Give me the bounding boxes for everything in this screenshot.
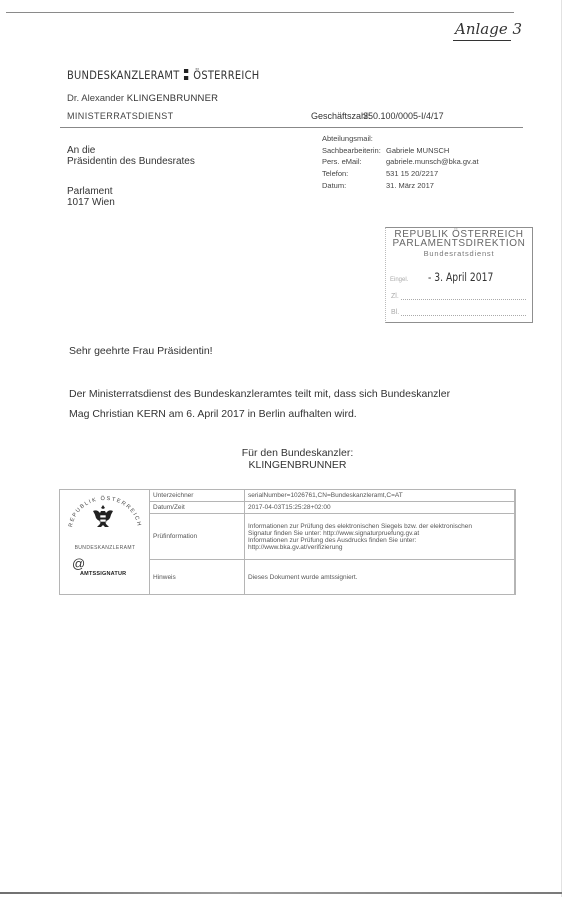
org-name-right: ÖSTERREICH — [193, 68, 259, 82]
stamp-line: PARLAMENTSDIREKTION — [386, 239, 532, 249]
reference-label: Geschäftszahl: — [311, 111, 371, 121]
eagle-coat-of-arms-icon — [91, 503, 115, 531]
meta-label: Datum: — [322, 180, 386, 192]
meta-row-clerk: Sachbearbeiterin:Gabriele MUNSCH — [322, 145, 479, 157]
scan-bottom-edge — [0, 892, 562, 894]
amtssignatur-logo: REPUBLIK ÖSTERREICH BUNDESKANZLERAMT @ A… — [60, 490, 150, 594]
meta-label: Sachbearbeiterin: — [322, 145, 386, 157]
meta-value: Gabriele MUNSCH — [386, 145, 449, 157]
stamp-line: Bundesratsdienst — [386, 249, 532, 258]
meta-row-phone: Telefon:531 15 20/2217 — [322, 168, 479, 180]
logo-amtssignatur-label: AMTSSIGNATUR — [80, 571, 126, 577]
info-link-line[interactable]: Signatur finden Sie unter: http://www.si… — [248, 530, 511, 537]
at-sign-icon: @ — [72, 556, 85, 571]
header-divider — [60, 127, 523, 128]
row-label: Datum/Zeit — [150, 502, 245, 514]
row-label: Hinweis — [150, 560, 245, 595]
meta-row-department-mail: Abteilungsmail: — [322, 133, 479, 145]
meta-label: Pers. eMail: — [322, 156, 386, 168]
org-name-left: BUNDESKANZLERAMT — [67, 68, 180, 82]
email-link[interactable]: gabriele.munsch@bka.gv.at — [386, 156, 479, 168]
sender-surname: KLINGENBRUNNER — [127, 93, 218, 104]
table-row: Unterzeichner serialNumber=1026761,CN=Bu… — [150, 490, 515, 502]
stamp-bl-label: Bl. — [391, 309, 399, 316]
recipient-line: 1017 Wien — [67, 197, 115, 208]
recipient-address: An die Präsidentin des Bundesrates — [67, 145, 195, 167]
received-stamp: REPUBLIK ÖSTERREICH PARLAMENTSDIREKTION … — [385, 227, 533, 323]
stamp-received-date: - 3. April 2017 — [428, 270, 493, 284]
info-link-line[interactable]: http://www.bka.gv.at/verifizierung — [248, 544, 511, 551]
stamp-received-label: Eingel. — [390, 277, 408, 283]
meta-row-email: Pers. eMail:gabriele.munsch@bka.gv.at — [322, 156, 479, 168]
row-value: Dieses Dokument wurde amtssigniert. — [245, 560, 515, 595]
signature-caption: Für den Bundeskanzler: — [0, 447, 567, 459]
stamp-zl-label: Zl. — [391, 293, 399, 300]
stamp-dotted-line — [401, 315, 526, 316]
scan-top-edge — [6, 12, 514, 13]
department: MINISTERRATSDIENST — [67, 111, 174, 121]
recipient-line: Präsidentin des Bundesrates — [67, 156, 195, 167]
meta-label: Telefon: — [322, 168, 386, 180]
info-line: Informationen zur Prüfung des Ausdrucks … — [248, 537, 511, 544]
recipient-line: An die — [67, 145, 195, 156]
logo-separator-icon — [184, 69, 188, 80]
sender-prefix: Dr. Alexander — [67, 93, 124, 104]
handwritten-underline — [453, 40, 511, 41]
signature-details-table: Unterzeichner serialNumber=1026761,CN=Bu… — [149, 489, 515, 595]
salutation: Sehr geehrte Frau Präsidentin! — [69, 345, 213, 357]
row-label: Prüfinformation — [150, 514, 245, 560]
row-label: Unterzeichner — [150, 490, 245, 502]
meta-label: Abteilungsmail: — [322, 133, 386, 145]
table-row: Prüfinformation Informationen zur Prüfun… — [150, 514, 515, 560]
logo-org-name: BUNDESKANZLERAMT — [60, 545, 150, 551]
row-value: 2017-04-03T15:25:28+02:00 — [245, 502, 515, 514]
table-row: Datum/Zeit 2017-04-03T15:25:28+02:00 — [150, 502, 515, 514]
body-text-line: Der Ministerratsdienst des Bundeskanzler… — [69, 388, 450, 400]
signature-name: KLINGENBRUNNER — [0, 459, 567, 471]
meta-value: 531 15 20/2217 — [386, 168, 438, 180]
row-value: serialNumber=1026761,CN=Bundeskanzleramt… — [245, 490, 515, 502]
organization-name: BUNDESKANZLERAMTÖSTERREICH — [67, 68, 259, 82]
body-text-line: Mag Christian KERN am 6. April 2017 in B… — [69, 408, 357, 420]
electronic-signature-block: REPUBLIK ÖSTERREICH BUNDESKANZLERAMT @ A… — [59, 489, 516, 595]
contact-metadata: Abteilungsmail: Sachbearbeiterin:Gabriel… — [322, 133, 479, 192]
recipient-location: Parlament 1017 Wien — [67, 186, 115, 208]
meta-value: 31. März 2017 — [386, 180, 434, 192]
recipient-line: Parlament — [67, 186, 115, 197]
meta-row-date: Datum:31. März 2017 — [322, 180, 479, 192]
handwritten-annotation: Anlage 3 — [455, 20, 522, 38]
sender-name: Dr. Alexander KLINGENBRUNNER — [67, 93, 218, 104]
table-row: Hinweis Dieses Dokument wurde amtssignie… — [150, 560, 515, 595]
reference-number: 350.100/0005-I/4/17 — [363, 111, 444, 121]
info-line: Informationen zur Prüfung des elektronis… — [248, 523, 511, 530]
row-value: Informationen zur Prüfung des elektronis… — [245, 514, 515, 560]
stamp-dotted-line — [401, 299, 526, 300]
